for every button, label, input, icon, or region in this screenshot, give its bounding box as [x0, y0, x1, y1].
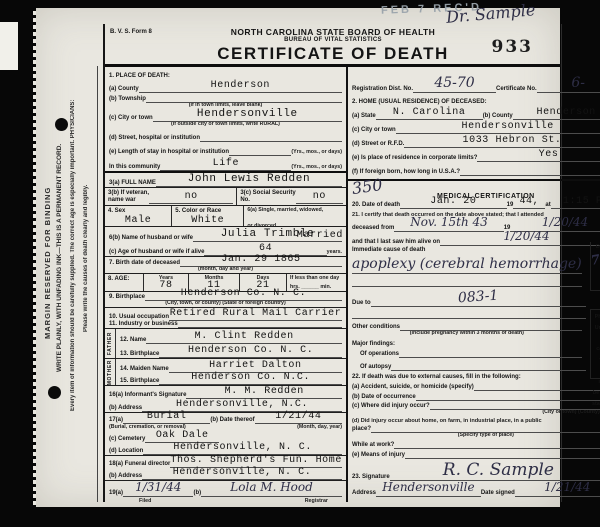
veteran-row: 3(b) If veteran, name war no 3(c) Social…	[105, 188, 346, 206]
mother-birthplace-label: 15. Birthplace	[120, 378, 159, 385]
margin-binding-note: MARGIN RESERVED FOR BINDING	[43, 128, 52, 398]
left-column: 1. PLACE OF DEATH: (a) County Henderson …	[105, 67, 348, 502]
full-name-field: John Lewis Redden	[156, 168, 342, 187]
occupation-label: 10. Usual occupation	[109, 314, 169, 321]
form-number: B. V. S. Form 8	[110, 29, 152, 35]
certificate-no-label: Certificate No.	[496, 86, 537, 93]
certificate-stamp-number: 933	[492, 37, 534, 57]
place-of-death-section: 1. PLACE OF DEATH: (a) County Henderson …	[105, 67, 346, 173]
physician-address-row: Address Hendersonville Date signed 1/21/…	[348, 481, 600, 497]
county-label: (a) County	[109, 86, 139, 93]
due-to-row: Due to 083-1	[348, 287, 600, 307]
city-field: Hendersonville	[153, 103, 342, 122]
scan-edge-artifact	[0, 22, 18, 70]
filed-date-field: 1/31/44	[123, 478, 193, 497]
occupation-field: Retired Rural Mail Carrier	[169, 302, 342, 321]
major-findings-row: Major findings: Of operations	[348, 339, 600, 358]
cause-of-death-area: Immediate cause of death apoplexy (cereb…	[348, 246, 600, 287]
race-label: 5. Color or Race	[175, 208, 240, 215]
perforated-edge	[33, 8, 36, 507]
form-header: B. V. S. Form 8 NORTH CAROLINA STATE BOA…	[105, 24, 561, 64]
city-note: (If outside city or town limits, write R…	[171, 122, 280, 129]
burial-type-field: Burial	[123, 405, 210, 424]
birthdate-note: (month, day and year)	[198, 267, 253, 273]
birthplace-field: Henderson Co. N. C.	[145, 282, 342, 301]
certificate-form: B. V. S. Form 8 NORTH CAROLINA STATE BOA…	[103, 24, 562, 502]
birthplace-label: 9. Birthplace	[109, 294, 145, 301]
duration-box: Duration 7 day	[590, 242, 600, 291]
birthdate-label: 7. Birth date of deceased	[109, 260, 180, 267]
sex-field: Male	[108, 217, 168, 226]
birthdate-field: Jan. 29 1865	[180, 248, 342, 267]
father-birthplace-label: 13. Birthplace	[120, 351, 159, 358]
due-to-field: 083-1	[371, 288, 586, 307]
scanned-death-certificate: { "scan": { "received_stamp": "FEB 7 REC…	[0, 0, 600, 527]
home-foreign-field	[460, 175, 600, 176]
certificate-sheet: MARGIN RESERVED FOR BINDING WRITE PLAINL…	[33, 8, 560, 507]
certificate-no-field: 6-	[537, 74, 600, 93]
margin-physicians-note: Please write the causes of death clearly…	[83, 48, 89, 468]
margin-accuracy-note: Every item of information should be care…	[70, 20, 76, 490]
last-seen-field: 1/20/44	[440, 227, 600, 246]
registrar-signature-field: Lola M. Hood	[201, 478, 342, 497]
burial-date-field: 1/21/44	[255, 405, 342, 424]
injury-place-field	[371, 432, 600, 433]
filed-word: Filed	[139, 499, 151, 505]
handwritten-code-350: 350	[351, 179, 383, 196]
county-field: Henderson	[139, 74, 342, 93]
registrar-word: Registrar	[305, 499, 328, 505]
home-residence-section: 2. HOME (USUAL RESIDENCE) OF DECEASED: (…	[348, 93, 600, 181]
ssn-label: 3(c) Social Security	[240, 190, 295, 197]
township-label: (b) Township	[109, 96, 146, 103]
father-name-label: 12. Name	[120, 337, 146, 344]
physician-instruction-box: Physician Underline the cause to which d…	[590, 309, 600, 379]
home-corporate-field: Yes	[477, 143, 600, 162]
burial-date-label: (b) Date thereof	[210, 417, 254, 424]
physician-address-field: Hendersonville	[376, 478, 481, 497]
handwritten-code-083: 083-1	[458, 291, 499, 305]
death-date-field: Jan. 20	[400, 190, 507, 209]
age-label: 8. AGE:	[108, 276, 140, 283]
father-tab: FATHER	[105, 329, 116, 358]
filed-section: 19(a) 1/31/44 (b) Lola M. Hood Filed Reg…	[105, 481, 346, 505]
full-name-label: 3(a) FULL NAME	[109, 180, 156, 187]
other-conditions-field	[400, 330, 582, 331]
injury-where-row: (c) Where did injury occur? (City or tow…	[348, 401, 600, 416]
sex-label: 4. Sex	[108, 208, 168, 215]
margin-ink-note: WRITE PLAINLY, WITH UNFADING INK—THIS IS…	[56, 63, 63, 453]
duration-value: 7 day	[590, 251, 600, 267]
registration-row: Registration Dist. No. 45-70 Certificate…	[348, 67, 600, 93]
occupation-row: 10. Usual occupation Retired Rural Mail …	[105, 308, 346, 321]
street-label: (d) Street, hospital or institution	[109, 135, 200, 142]
birthdate-row: 7. Birth date of deceased Jan. 29 1865 (…	[105, 257, 346, 274]
right-column: Registration Dist. No. 45-70 Certificate…	[348, 67, 600, 502]
date-signed-field: 1/21/44	[515, 478, 600, 497]
cemetery-label: (c) Cemetery	[109, 436, 145, 443]
board-name: NORTH CAROLINA STATE BOARD OF HEALTH	[105, 27, 561, 37]
autopsy-row: Of autopsy	[348, 358, 600, 371]
death-year-field: 44,	[513, 190, 545, 209]
injury-where-field	[430, 409, 600, 410]
due-to-row-2	[348, 307, 600, 319]
marital-label: 6(a) Single, married, widowed,	[247, 208, 343, 214]
full-name-row: 3(a) FULL NAME John Lewis Redden	[105, 173, 346, 188]
cause-field: apoplexy (cerebral hemorrhage)	[352, 255, 582, 274]
injury-place-row: (d) Did injury occur about home, on farm…	[348, 416, 600, 439]
registration-dist-field: 45-70	[413, 74, 496, 93]
registration-dist-label: Registration Dist. No.	[352, 86, 413, 93]
community-label: In this community	[109, 164, 160, 171]
left-rule	[97, 66, 98, 502]
death-time-field: 1:15 P	[551, 190, 600, 209]
burial-location-label: (d) Location	[109, 448, 143, 455]
medical-certification-section: 350 MEDICAL CERTIFICATION 20. Date of de…	[348, 181, 600, 502]
mother-tab: MOTHER	[105, 359, 116, 385]
external-causes-label: 22. If death was due to external causes,…	[352, 374, 521, 381]
spouse-label: 6(b) Name of husband or wife	[109, 235, 193, 242]
other-conditions-row: Other conditions (Include pregnancy with…	[348, 319, 600, 339]
city-label: (c) City or town	[109, 115, 153, 122]
cause-label: Immediate cause of death	[352, 247, 425, 254]
veteran-label: 3(b) If veteran,	[108, 190, 149, 197]
